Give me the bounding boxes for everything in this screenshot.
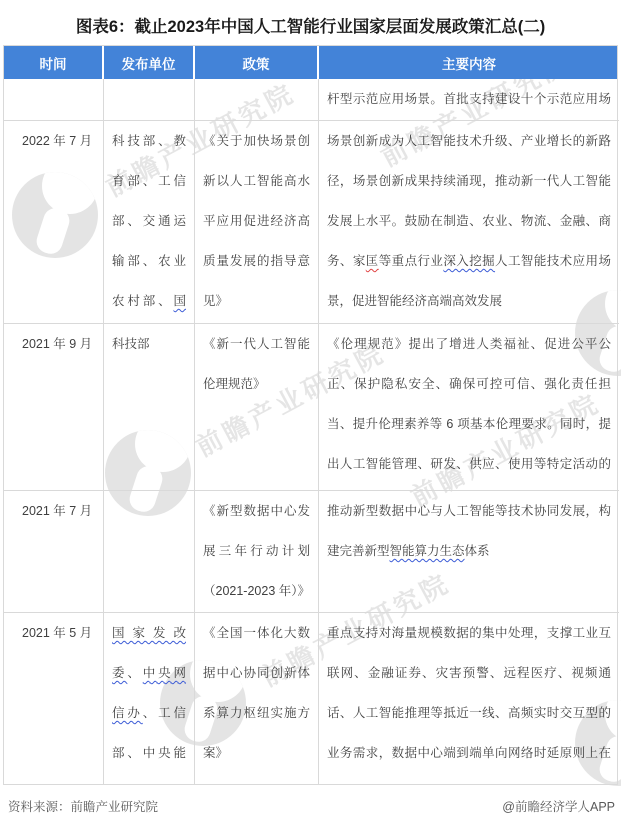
time-cell: 2021 年 7 月	[4, 491, 104, 613]
table-row: 2021 年 5 月 国家发改委、中央网信办、工信部、中央能源局 《全国一体化大…	[4, 613, 617, 784]
publisher-cell	[104, 79, 195, 121]
data-source-label: 资料来源：前瞻产业研究院	[8, 797, 158, 815]
time-cell: 2022 年 7 月	[4, 121, 104, 324]
policy-cell: 《新一代人工智能伦理规范》	[195, 324, 319, 491]
page-title: 图表6：截止2023年中国人工智能行业国家层面发展政策汇总(二)	[0, 13, 621, 37]
brand-label: @前瞻经济学人APP	[502, 797, 615, 815]
publisher-cell	[104, 491, 195, 613]
publisher-cell: 科技部、教育部、工信部、交通运输部、农业农村部、国家卫健委	[104, 121, 195, 324]
column-header-time: 时间	[4, 46, 104, 79]
table-row: 2022 年 7 月 科技部、教育部、工信部、交通运输部、农业农村部、国家卫健委…	[4, 121, 617, 324]
time-cell	[4, 79, 104, 121]
publisher-cell: 国家发改委、中央网信办、工信部、中央能源局	[104, 613, 195, 784]
time-cell: 2021 年 9 月	[4, 324, 104, 491]
table-row: 杆型示范应用场景。首批支持建设十个示范应用场景	[4, 79, 617, 121]
table-row: 2021 年 7 月 《新型数据中心发展三年行动计划（2021-2023 年）》…	[4, 491, 617, 613]
content-cell: 场景创新成为人工智能技术升级、产业增长的新路径，场景创新成果持续涌现，推动新一代…	[319, 121, 619, 324]
column-header-policy: 政策	[195, 46, 319, 79]
content-cell: 重点支持对海量规模数据的集中处理，支撑工业互联网、金融证券、灾害预警、远程医疗、…	[319, 613, 619, 784]
publisher-cell: 科技部	[104, 324, 195, 491]
content-cell: 《伦理规范》提出了增进人类福祉、促进公平公正、保护隐私安全、确保可控可信、强化责…	[319, 324, 619, 491]
content-cell: 推动新型数据中心与人工智能等技术协同发展，构建完善新型智能算力生态体系	[319, 491, 619, 613]
time-cell: 2021 年 5 月	[4, 613, 104, 784]
column-header-publisher: 发布单位	[104, 46, 195, 79]
policy-cell: 《全国一体化大数据中心协同创新体系算力枢纽实施方案》	[195, 613, 319, 784]
policy-cell: 《新型数据中心发展三年行动计划（2021-2023 年）》	[195, 491, 319, 613]
content-cell: 杆型示范应用场景。首批支持建设十个示范应用场景	[319, 79, 619, 121]
policy-table: 时间 发布单位 政策 主要内容 杆型示范应用场景。首批支持建设十个示范应用场景 …	[3, 45, 618, 785]
policy-cell: 《关于加快场景创新以人工智能高水平应用促进经济高质量发展的指导意见》	[195, 121, 319, 324]
table-header-row: 时间 发布单位 政策 主要内容	[4, 46, 617, 79]
policy-cell	[195, 79, 319, 121]
column-header-content: 主要内容	[319, 46, 619, 79]
table-row: 2021 年 9 月 科技部 《新一代人工智能伦理规范》 《伦理规范》提出了增进…	[4, 324, 617, 491]
